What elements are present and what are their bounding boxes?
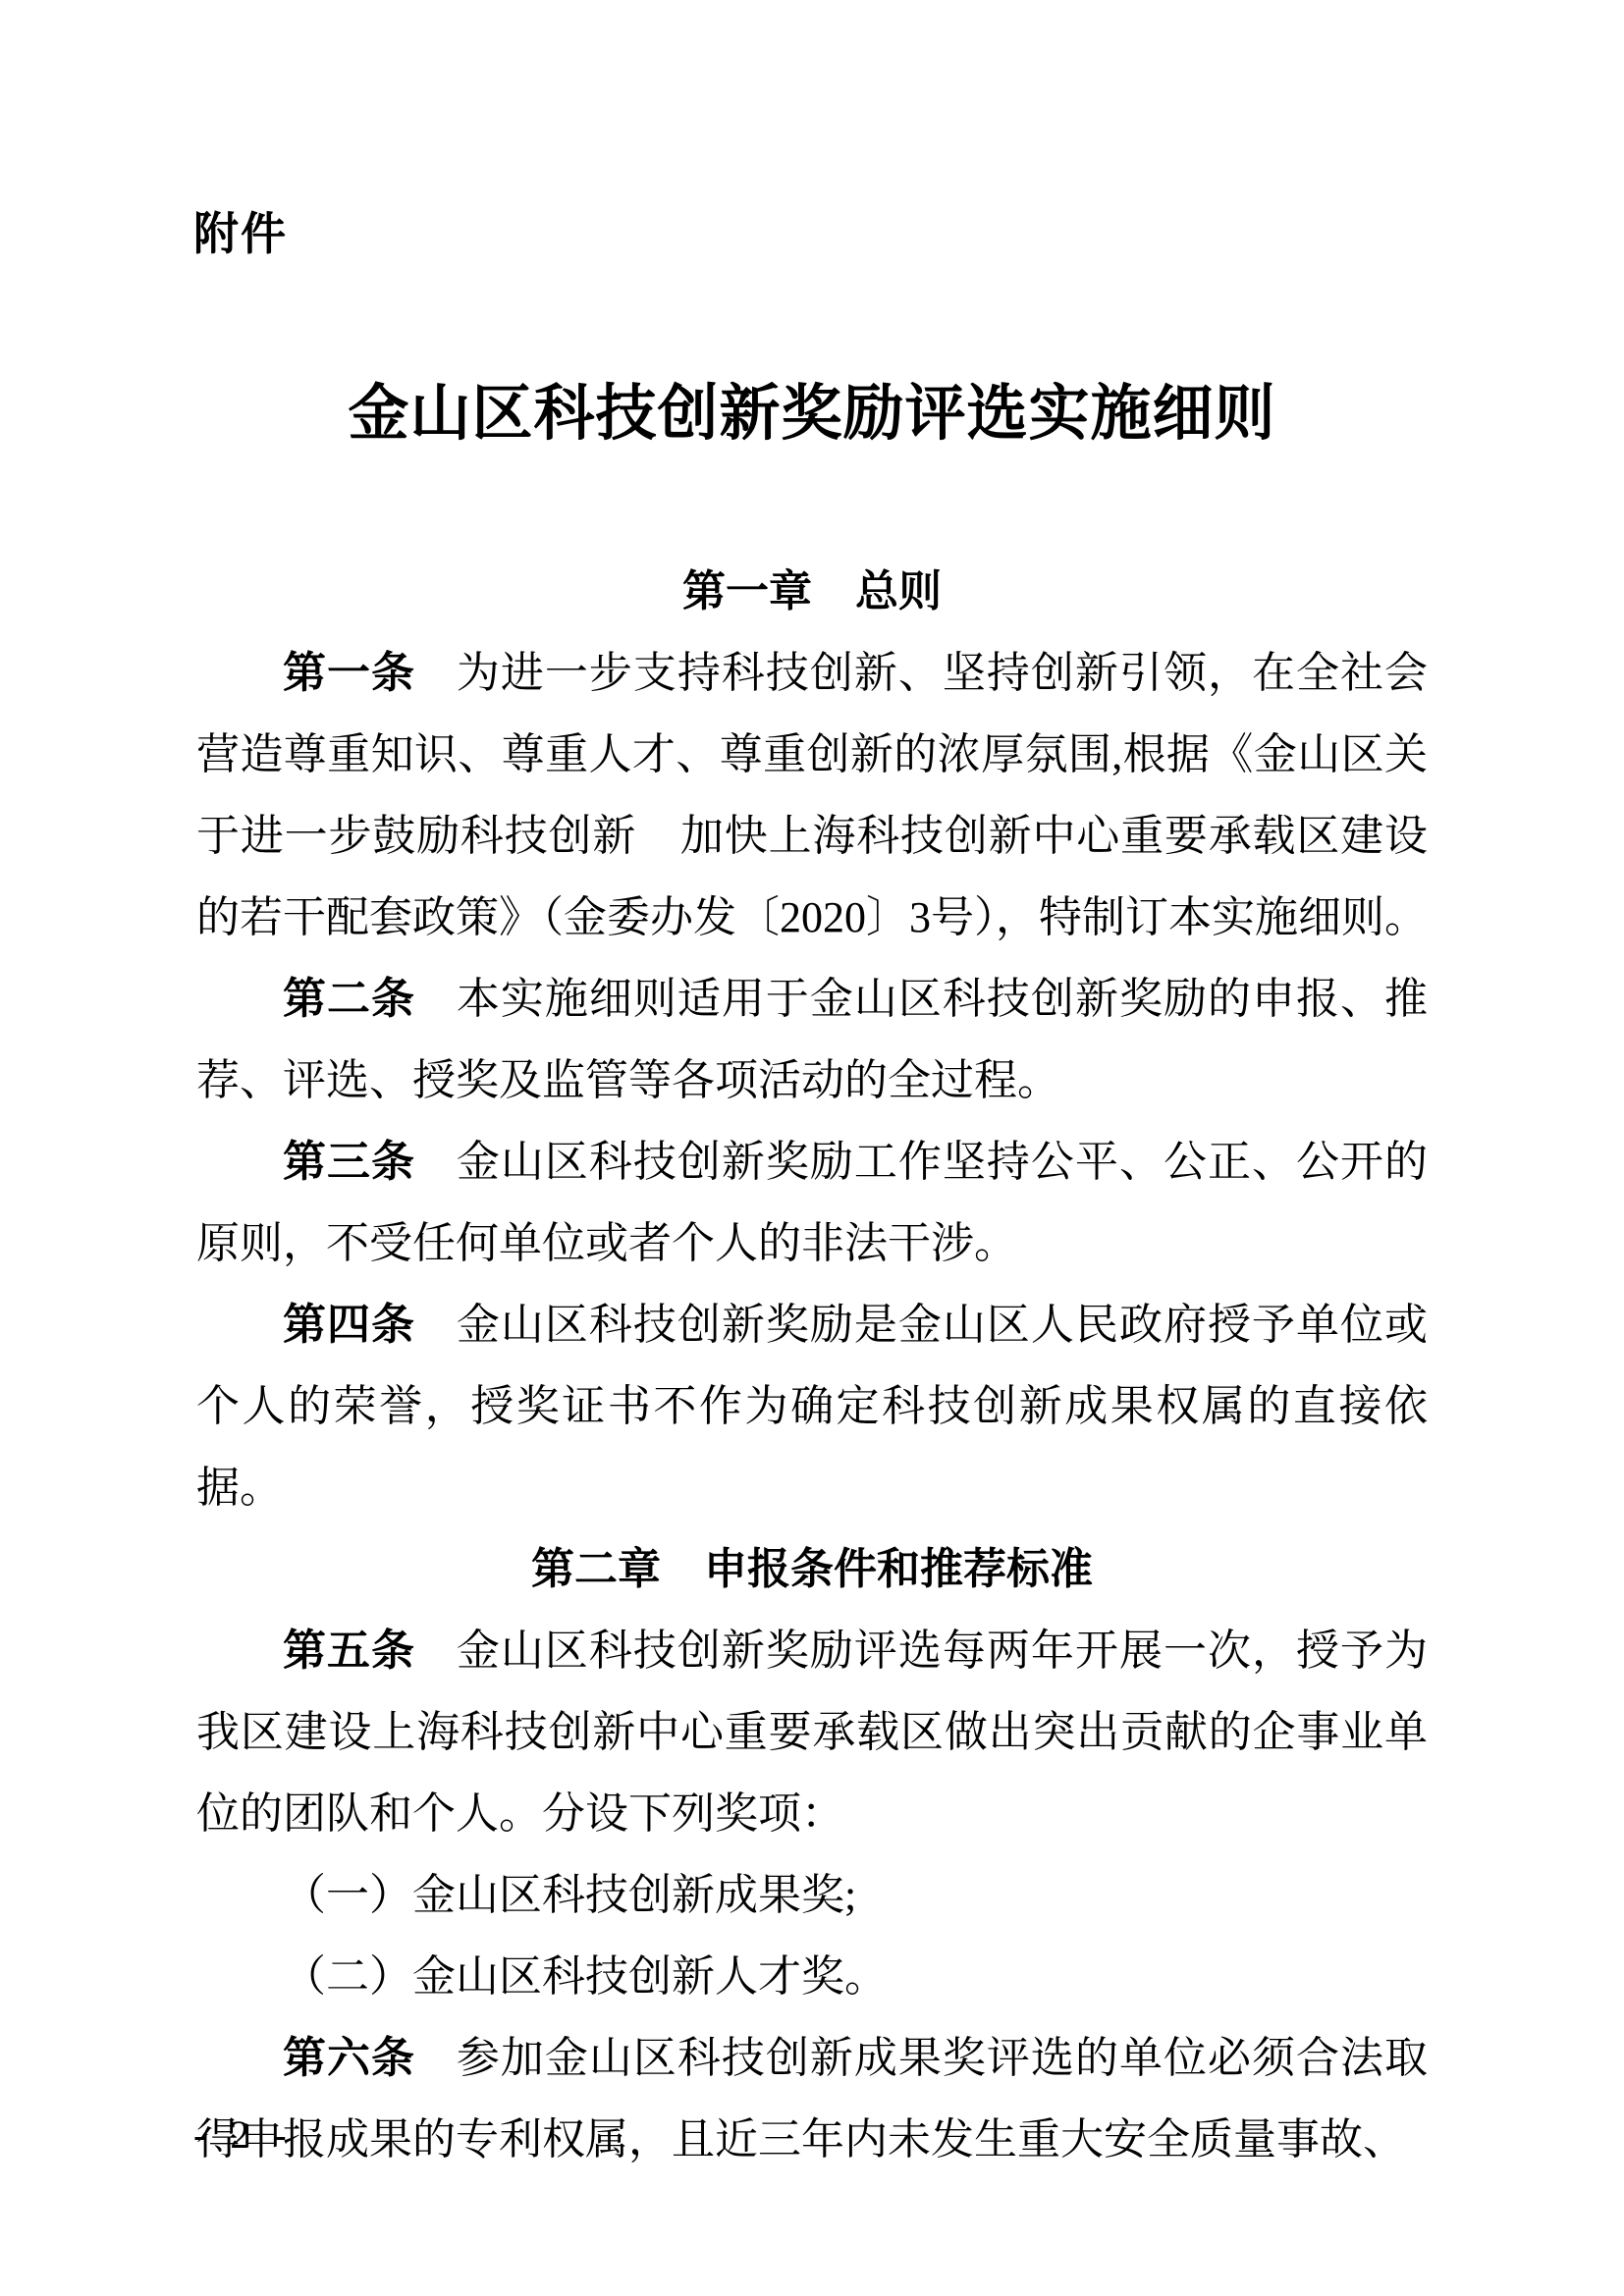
page-number: - 2 - bbox=[193, 2110, 294, 2160]
article-1-label: 第一条 bbox=[283, 649, 415, 697]
document-body: 第一章 总则 第一条为进一步支持科技创新、坚持创新引领，在全社会营造尊重知识、尊… bbox=[196, 551, 1428, 2180]
award-list-item-2: （二）金山区科技创新人才奖。 bbox=[196, 1936, 1428, 2017]
article-3: 第三条金山区科技创新奖励工作坚持公平、公正、公开的原则，不受任何单位或者个人的非… bbox=[196, 1121, 1428, 1284]
chapter-2-heading: 第二章 申报条件和推荐标准 bbox=[196, 1528, 1428, 1610]
article-4: 第四条金山区科技创新奖励是金山区人民政府授予单位或个人的荣誉，授奖证书不作为确定… bbox=[196, 1284, 1428, 1528]
attachment-label: 附件 bbox=[193, 206, 288, 261]
article-6-label: 第六条 bbox=[283, 2034, 415, 2082]
article-1: 第一条为进一步支持科技创新、坚持创新引领，在全社会营造尊重知识、尊重人才、尊重创… bbox=[196, 632, 1428, 958]
article-2-label: 第二条 bbox=[283, 975, 415, 1023]
article-2: 第二条本实施细则适用于金山区科技创新奖励的申报、推荐、评选、授奖及监管等各项活动… bbox=[196, 958, 1428, 1121]
article-5-label: 第五条 bbox=[283, 1627, 415, 1675]
chapter-1-heading: 第一章 总则 bbox=[196, 551, 1428, 632]
article-5: 第五条金山区科技创新奖励评选每两年开展一次，授予为我区建设上海科技创新中心重要承… bbox=[196, 1610, 1428, 1854]
award-list-item-1: （一）金山区科技创新成果奖; bbox=[196, 1854, 1428, 1936]
document-title: 金山区科技创新奖励评选实施细则 bbox=[0, 375, 1624, 454]
article-4-label: 第四条 bbox=[283, 1301, 415, 1349]
article-3-label: 第三条 bbox=[283, 1138, 415, 1186]
document-page: 附件 金山区科技创新奖励评选实施细则 第一章 总则 第一条为进一步支持科技创新、… bbox=[0, 0, 1624, 2296]
article-6: 第六条参加金山区科技创新成果奖评选的单位必须合法取得申报成果的专利权属，且近三年… bbox=[196, 2017, 1428, 2180]
